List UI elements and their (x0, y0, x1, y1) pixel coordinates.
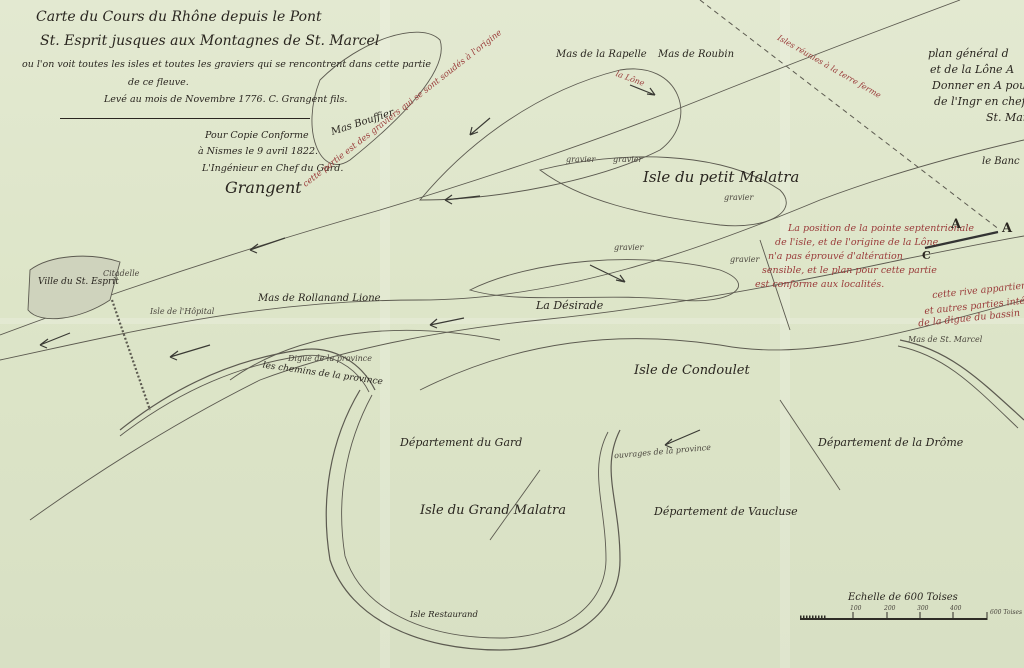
red-note-line2: de l'isle, et de l'origine de la Lône (775, 236, 938, 250)
map-sheet: Carte du Cours du Rhône depuis le Pont S… (0, 0, 1024, 668)
red-note-line5: est conforme aux localités. (755, 278, 884, 292)
label-banc: le Banc (982, 157, 1020, 167)
label-hopital: Isle de l'Hôpital (150, 308, 214, 316)
label-isle-condoulet: Isle de Condoulet (634, 364, 750, 377)
label-dept-gard: Département du Gard (400, 437, 522, 448)
certification-line2: à Nismes le 9 avril 1822. (198, 147, 318, 157)
plan-note-line2: et de la Lône A (930, 62, 1014, 78)
title-underline (60, 118, 310, 119)
point-a1: A (951, 218, 961, 231)
red-note-line3: n'a pas éprouvé d'altération (768, 250, 903, 264)
scale-title: Echelle de 600 Toises (848, 593, 958, 603)
label-isle-grand-malatra: Isle du Grand Malatra (420, 504, 566, 517)
map-title-line1: Carte du Cours du Rhône depuis le Pont (36, 10, 322, 24)
scale-tick: 100 (850, 606, 861, 612)
label-gravier-1: gravier (566, 156, 595, 164)
map-title-line3: ou l'on voit toutes les isles et toutes … (22, 60, 431, 70)
point-a2: A (1002, 222, 1012, 235)
scale-tick: 300 (917, 606, 928, 612)
label-gravier-3: gravier (724, 194, 753, 202)
point-c: C (922, 250, 931, 261)
map-title-line5: Levé au mois de Novembre 1776. C. Grange… (104, 95, 347, 105)
plan-note-line3: Donner en A pou (932, 78, 1024, 94)
label-gravier-2: gravier (613, 156, 642, 164)
map-title-line4: de ce fleuve. (128, 78, 189, 88)
plan-note-line5: St. Marcel (986, 110, 1024, 126)
signature: Grangent (225, 180, 302, 196)
label-mas-st-marcel: Mas de St. Marcel (908, 336, 982, 344)
label-isle-restaurand: Isle Restaurand (410, 611, 478, 620)
label-gravier-5: gravier (730, 256, 759, 264)
label-dept-drome: Département de la Drôme (818, 437, 963, 448)
map-title-line2: St. Esprit jusques aux Montagnes de St. … (40, 34, 379, 48)
label-mas-rapelle: Mas de la Rapelle (556, 50, 647, 60)
plan-note-line1: plan général d (928, 46, 1009, 62)
label-citadelle: Citadelle (103, 270, 139, 278)
label-desirade: La Désirade (536, 300, 603, 311)
red-note-line4: sensible, et le plan pour cette partie (762, 264, 937, 278)
certification-line1: Pour Copie Conforme (205, 131, 309, 141)
label-mas-rollanand: Mas de Rollanand Lione (258, 294, 381, 304)
label-ville: Ville du St. Esprit (38, 278, 119, 287)
label-mas-roubin: Mas de Roubin (658, 50, 734, 60)
red-note-line1: La position de la pointe septentrionale (788, 222, 974, 236)
scale-tick: 600 Toises (990, 610, 1022, 616)
label-digue-province: Digue de la province (288, 355, 372, 363)
scale-tick: 400 (950, 606, 961, 612)
plan-note-line4: de l'Ingr en chef (934, 94, 1024, 110)
label-isle-petit-malatra: Isle du petit Malatra (643, 170, 799, 185)
label-gravier-4: gravier (614, 244, 643, 252)
scale-tick: 200 (884, 606, 895, 612)
label-dept-vaucluse: Département de Vaucluse (654, 506, 798, 517)
